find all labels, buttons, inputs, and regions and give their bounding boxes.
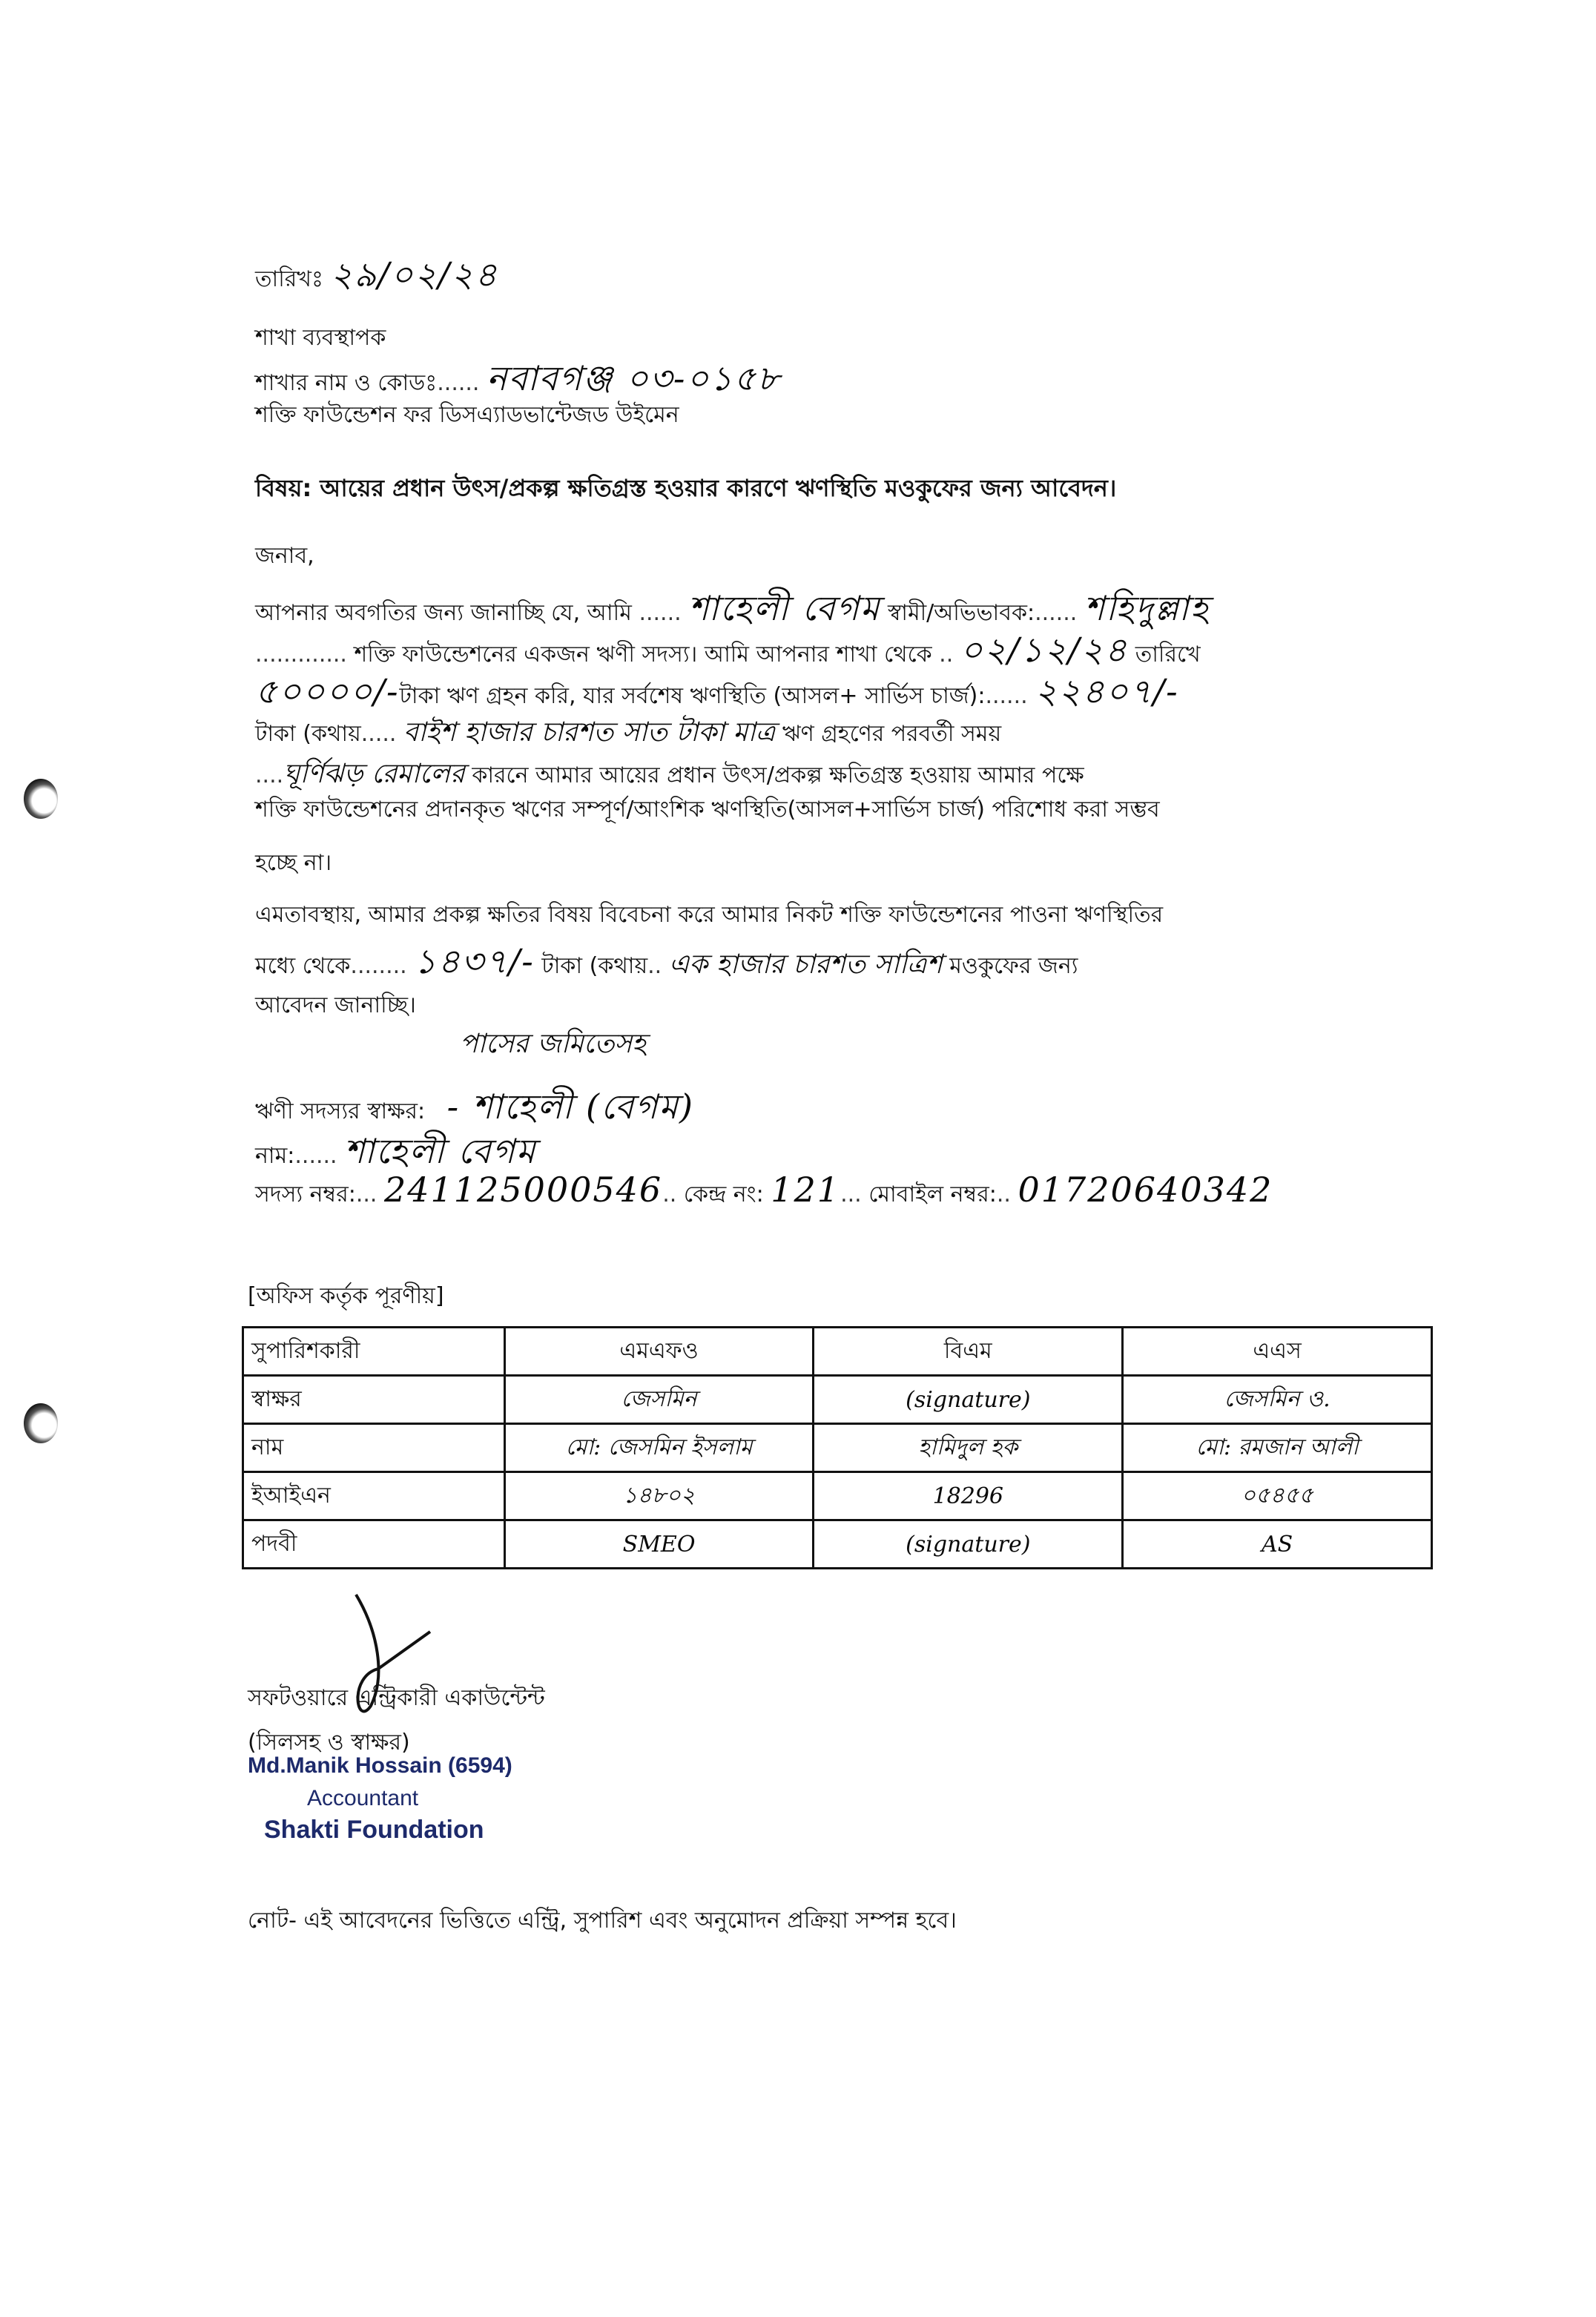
loan-date-field: ০২/১২/২৪ (960, 630, 1128, 670)
date-line: তারিখঃ ২৯/০২/২৪ (255, 260, 498, 294)
body-text: মওকুফের জন্য (949, 953, 1078, 979)
handwritten-annotation: পাসের জমিতেসহ (460, 1024, 646, 1068)
subject-line: বিষয়: আয়ের প্রধান উৎস/প্রকল্প ক্ষতিগ্র… (255, 473, 1116, 503)
guardian-name-field: শহিদুল্লাহ (1084, 588, 1210, 628)
stamp-name: Md.Manik Hossain (6594) (248, 1753, 512, 1779)
punch-hole-top (24, 779, 58, 819)
body-p2-line-3: আবেদন জানাচ্ছি। (255, 991, 416, 1021)
accountant-signature (326, 1587, 460, 1736)
table-cell: (signature) (814, 1520, 1123, 1569)
table-cell: (signature) (814, 1376, 1123, 1424)
mobile-value: 01720640342 (1018, 1170, 1273, 1210)
body-text: ঋণ গ্রহণের পরবর্তী সময় (782, 721, 1001, 747)
row-label: নাম (243, 1424, 505, 1472)
table-cell: জেসমিন (504, 1376, 814, 1424)
note-line: নোট- এই আবেদনের ভিত্তিতে এন্ট্রি, সুপারি… (248, 1906, 957, 1936)
row-label: স্বাক্ষর (243, 1376, 505, 1424)
body-text: টাকা (কথায় (255, 721, 361, 747)
body-text: আপনার অবগতির জন্য জানাচ্ছি যে, আমি (255, 600, 632, 626)
center-label: কেন্দ্র নং: (684, 1181, 764, 1207)
member-signature-label: ঋণী সদস্যর স্বাক্ষর: (255, 1098, 425, 1124)
table-row: নাম মো: জেসমিন ইসলাম হামিদুল হক মো: রমজা… (243, 1424, 1432, 1472)
table-cell: হামিদুল হক (814, 1424, 1123, 1472)
table-header-row: সুপারিশকারী এমএফও বিএম এএস (243, 1328, 1432, 1376)
table-cell: ১৪৮০২ (504, 1472, 814, 1520)
table-cell: AS (1123, 1520, 1432, 1569)
table-row: পদবী SMEO (signature) AS (243, 1520, 1432, 1569)
body-line-1: আপনার অবগতির জন্য জানাচ্ছি যে, আমি .....… (255, 593, 1210, 628)
outstanding-words-field: বাইশ হাজার চারশত সাত টাকা মাত্র (403, 717, 775, 748)
table-row: ইআইএন ১৪৮০২ 18296 ০৫৪৫৫ (243, 1472, 1432, 1520)
body-line-4: টাকা (কথায়..... বাইশ হাজার চারশত সাত টা… (255, 718, 1001, 749)
loan-amount-field: ৫০০০০/- (255, 671, 400, 711)
table-cell: ০৫৪৫৫ (1123, 1472, 1432, 1520)
body-p2-line-1: এমতাবস্থায়, আমার প্রকল্প ক্ষতির বিষয় ব… (255, 900, 1163, 930)
body-text: টাকা (কথায় (541, 953, 647, 979)
member-name-value: শাহেলী বেগম (344, 1131, 536, 1171)
body-line-7: হচ্ছে না। (255, 848, 332, 878)
office-section-label: [অফিস কর্তৃক পূরণীয়] (248, 1282, 444, 1311)
member-name-line: নাম:...... শাহেলী বেগম (255, 1136, 536, 1171)
body-p2-line-2: মধ্যে থেকে........ ১৪৩৭/- টাকা (কথায়.. … (255, 946, 1078, 981)
member-no-label: সদস্য নম্বর: (255, 1181, 356, 1207)
center-value: 121 (771, 1170, 840, 1210)
table-cell: মো: রমজান আলী (1123, 1424, 1432, 1472)
body-text: টাকা ঋণ গ্রহন করি, যার সর্বশেষ ঋণস্থিতি … (400, 683, 986, 709)
punch-hole-bottom (24, 1403, 58, 1443)
mobile-label: মোবাইল নম্বর: (868, 1181, 997, 1207)
date-label: তারিখঃ (255, 266, 323, 292)
member-name-field: শাহেলী বেগম (688, 588, 880, 628)
row-label: পদবী (243, 1520, 505, 1569)
accountant-title: সফটওয়ারে এন্ট্রিকারী একাউন্টেন্ট (248, 1684, 545, 1713)
body-line-2: ............. শক্তি ফাউন্ডেশনের একজন ঋণী… (255, 635, 1201, 670)
branch-line: শাখার নাম ও কোডঃ...... নবাবগঞ্জ ০৩-০১৫৮ (255, 363, 781, 398)
member-signature: - শাহেলী (বেগম) (447, 1087, 694, 1127)
body-line-5: ....ঘূর্ণিঝড় রেমালের কারনে আমার আয়ের প… (255, 759, 1084, 791)
row-label: ইআইএন (243, 1472, 505, 1520)
stamp-role: Accountant (307, 1786, 418, 1811)
recommendation-table: সুপারিশকারী এমএফও বিএম এএস স্বাক্ষর জেসম… (242, 1326, 1433, 1569)
table-header: বিএম (814, 1328, 1123, 1376)
guardian-label: স্বামী/অভিভাবক: (888, 600, 1035, 626)
waiver-words-field: এক হাজার চারশত সাত্রিশ (669, 949, 943, 980)
stamp-org: Shakti Foundation (264, 1816, 484, 1845)
table-cell: মো: জেসমিন ইসলাম (504, 1424, 814, 1472)
table-cell: জেসমিন ও. (1123, 1376, 1432, 1424)
body-text: তারিখে (1135, 642, 1201, 668)
table-cell: SMEO (504, 1520, 814, 1569)
cause-field: ঘূর্ণিঝড় রেমালের (283, 759, 465, 789)
branch-label: শাখার নাম ও কোডঃ (255, 370, 437, 396)
table-header: এমএফও (504, 1328, 814, 1376)
organization-name: শক্তি ফাউন্ডেশন ফর ডিসএ্যাডভান্টেজড উইমে… (255, 401, 679, 430)
body-text: কারনে আমার আয়ের প্রধান উৎস/প্রকল্প ক্ষত… (472, 762, 1084, 788)
body-text: শক্তি ফাউন্ডেশনের একজন ঋণী সদস্য। আমি আপ… (355, 642, 932, 668)
date-value: ২৯/০২/২৪ (331, 254, 498, 294)
addressee: শাখা ব্যবস্থাপক (255, 323, 386, 353)
table-cell: 18296 (814, 1472, 1123, 1520)
body-text: মধ্যে থেকে (255, 953, 350, 979)
member-id-line: সদস্য নম্বর:... 241125000546.. কেন্দ্র ন… (255, 1175, 1273, 1210)
member-no-value: 241125000546 (384, 1170, 662, 1210)
waiver-amount-field: ১৪৩৭/- (414, 941, 535, 981)
member-name-label: নাম: (255, 1143, 294, 1169)
table-header: সুপারিশকারী (243, 1328, 505, 1376)
branch-value: নবাবগঞ্জ ০৩-০১৫৮ (487, 358, 781, 398)
table-header: এএস (1123, 1328, 1432, 1376)
member-signature-line: ঋণী সদস্যর স্বাক্ষর: - শাহেলী (বেগম) (255, 1092, 694, 1127)
body-line-6: শক্তি ফাউন্ডেশনের প্রদানকৃত ঋণের সম্পূর্… (255, 795, 1160, 825)
table-row: স্বাক্ষর জেসমিন (signature) জেসমিন ও. (243, 1376, 1432, 1424)
salutation: জনাব, (255, 541, 314, 571)
body-line-3: ৫০০০০/-টাকা ঋণ গ্রহন করি, যার সর্বশেষ ঋণ… (255, 676, 1179, 711)
outstanding-field: ২২৪০৭/- (1035, 671, 1179, 711)
